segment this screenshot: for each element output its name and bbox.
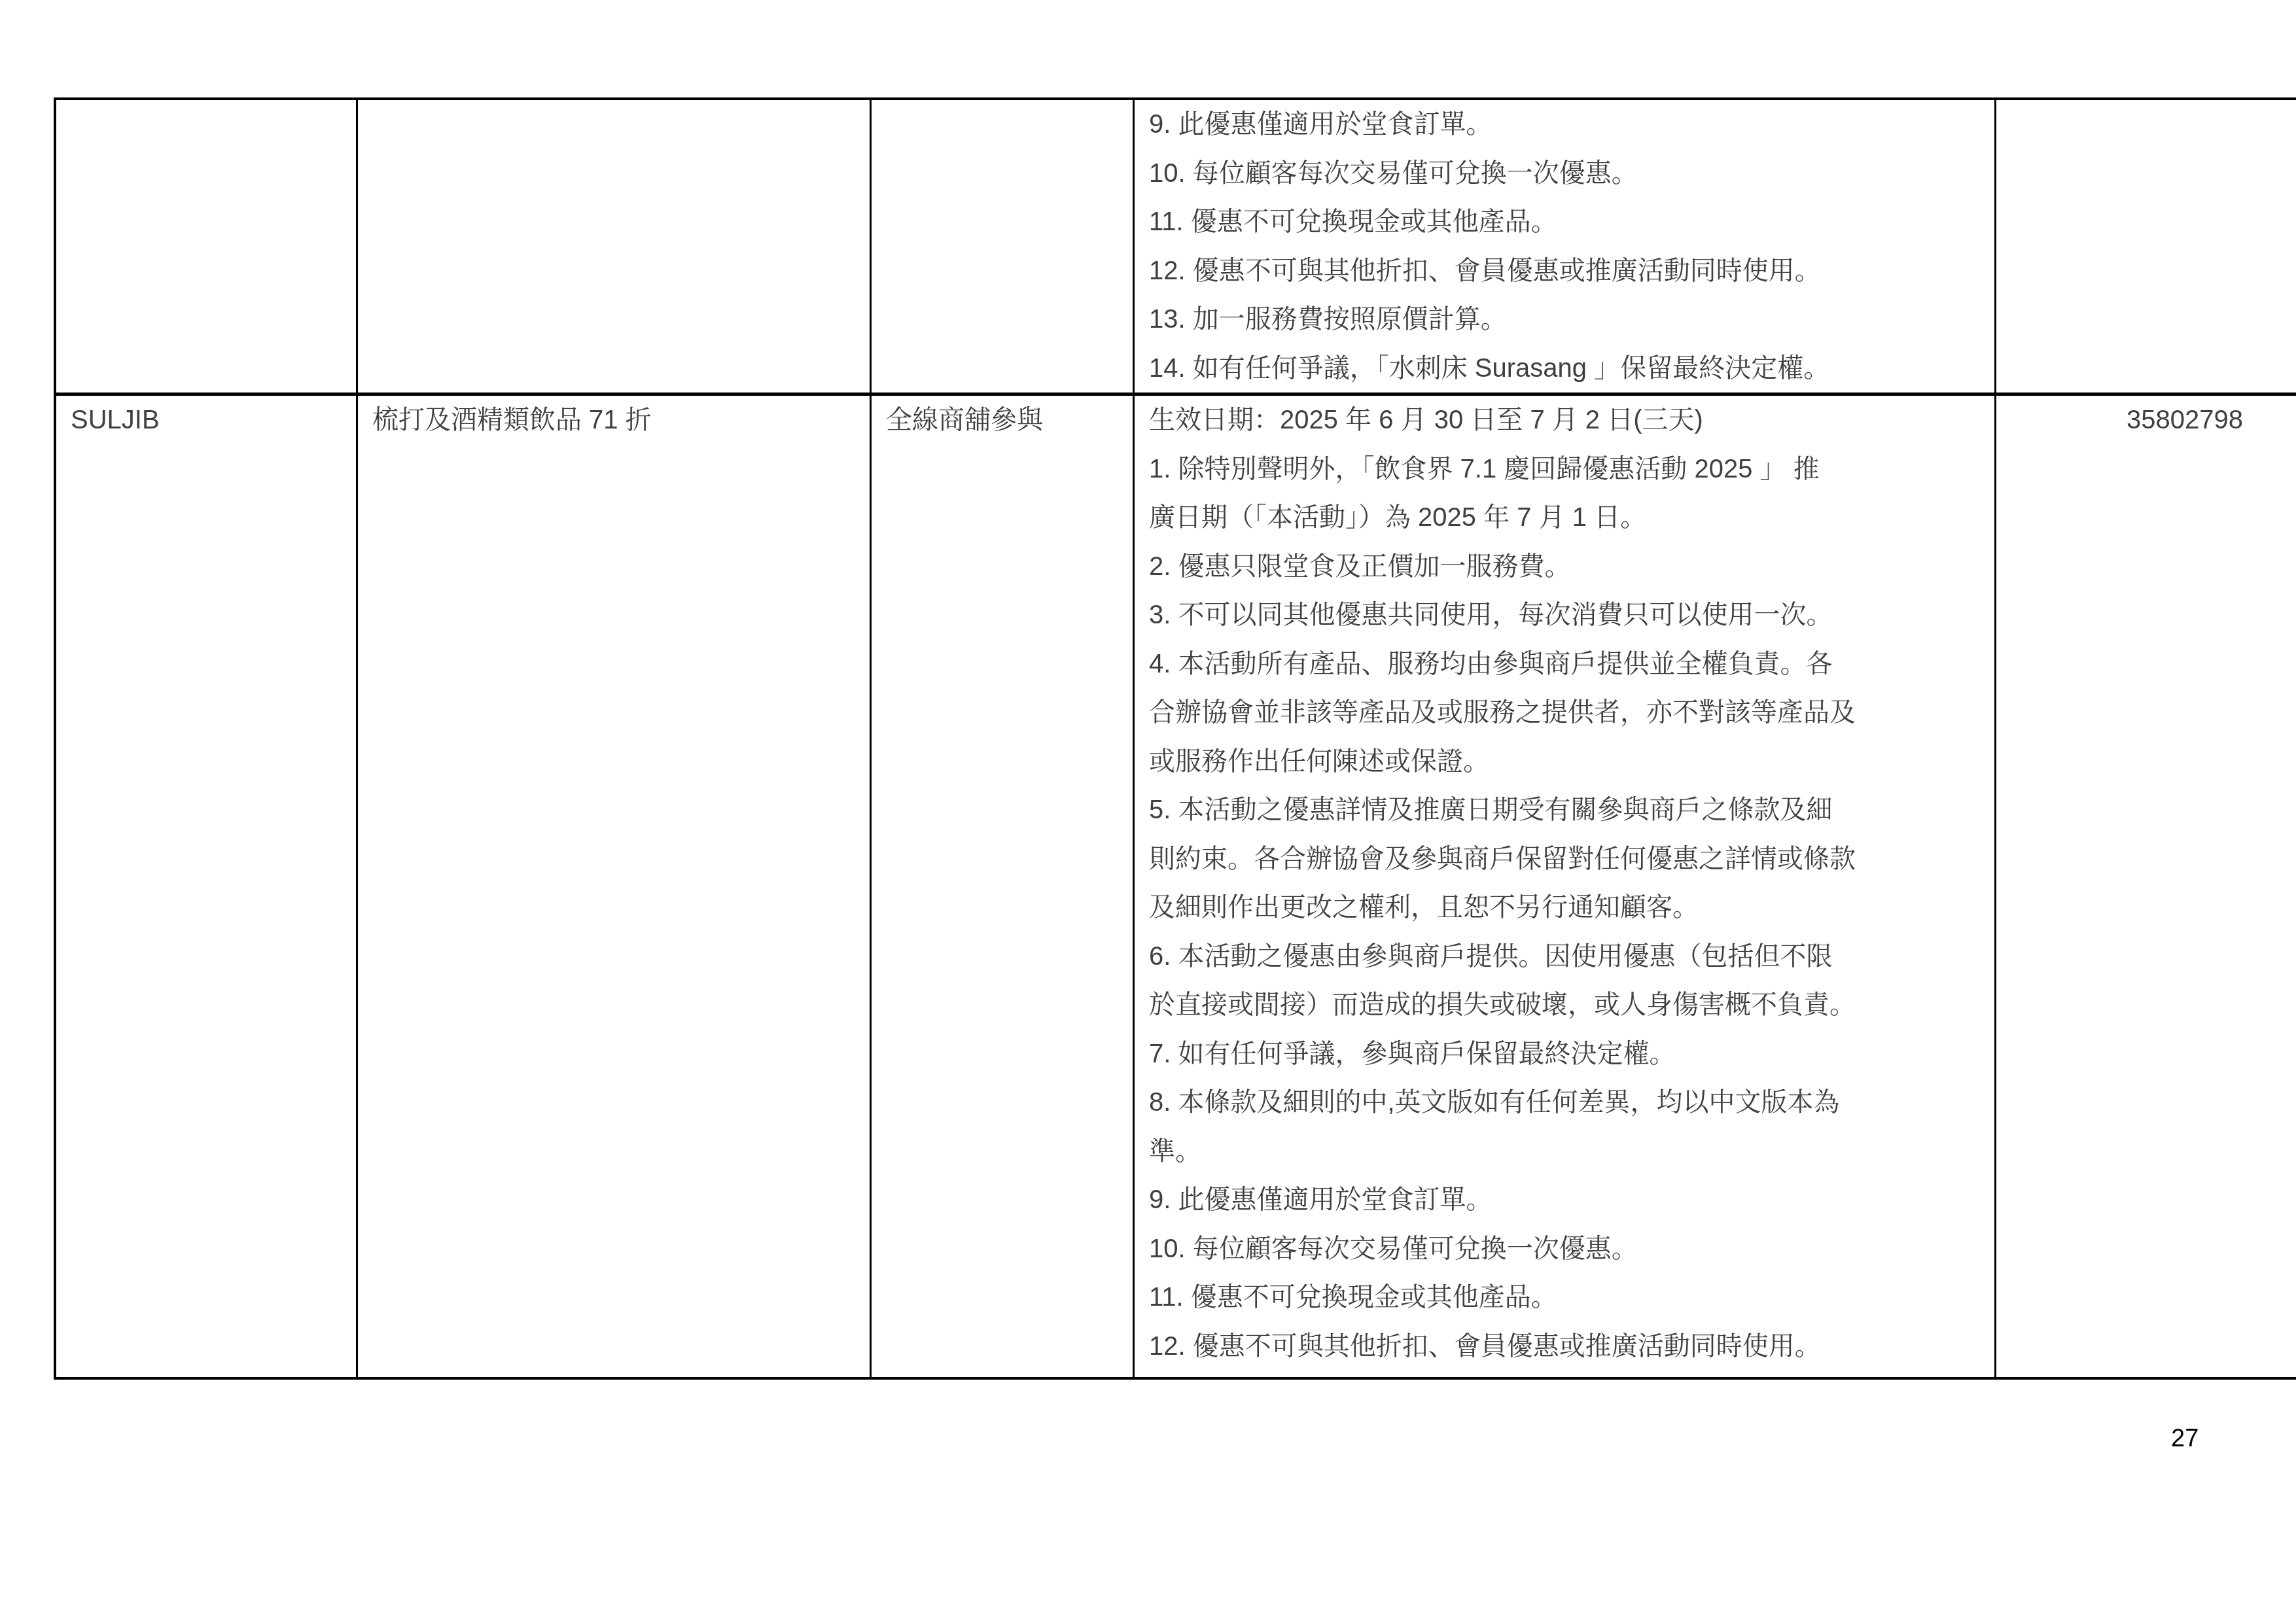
terms-line: 8. 本條款及細則的中,英文版如有任何差異，均以中文版本為: [1149, 1078, 1980, 1127]
terms-line: 於直接或間接）而造成的損失或破壞，或人身傷害概不負責。: [1149, 981, 1980, 1030]
cell-participating-shops: [871, 99, 1134, 394]
offers-table: 9. 此優惠僅適用於堂食訂單。 10. 每位顧客每次交易僅可兌換一次優惠。 11…: [54, 97, 2296, 1380]
terms-line: 11. 優惠不可兌換現金或其他產品。: [1149, 1273, 1980, 1322]
cell-offer-code: SULJIB: [55, 394, 357, 1379]
terms-line: 3. 不可以同其他優惠共同使用，每次消費只可以使用一次。: [1149, 591, 1980, 640]
terms-line: 廣日期（「本活動」）為 2025 年 7 月 1 日。: [1149, 493, 1980, 542]
document-page: 9. 此優惠僅適用於堂食訂單。 10. 每位顧客每次交易僅可兌換一次優惠。 11…: [0, 0, 2296, 1623]
cell-terms: 9. 此優惠僅適用於堂食訂單。 10. 每位顧客每次交易僅可兌換一次優惠。 11…: [1134, 99, 1996, 394]
cell-offer-code: [55, 99, 357, 394]
terms-line: 11. 優惠不可兌換現金或其他產品。: [1149, 198, 1980, 247]
terms-line: 5. 本活動之優惠詳情及推廣日期受有關參與商戶之條款及細: [1149, 786, 1980, 835]
terms-line: 14. 如有任何爭議，「水刺床 Surasang 」保留最終決定權。: [1149, 344, 1980, 393]
cell-offer-description: 梳打及酒精類飲品 71 折: [357, 394, 871, 1379]
terms-line: 13. 加一服務費按照原價計算。: [1149, 295, 1980, 344]
cell-participating-shops: 全線商舖參與: [871, 394, 1134, 1379]
terms-line: 10. 每位顧客每次交易僅可兌換一次優惠。: [1149, 149, 1980, 198]
terms-line: 4. 本活動所有產品、服務均由參與商戶提供並全權負責。各: [1149, 640, 1980, 689]
terms-line: 或服務作出任何陳述或保證。: [1149, 737, 1980, 786]
terms-line: 及細則作出更改之權利，且恕不另行通知顧客。: [1149, 883, 1980, 932]
terms-line: 則約束。各合辦協會及參與商戶保留對任何優惠之詳情或條款: [1149, 835, 1980, 884]
terms-line: 7. 如有任何爭議，參與商戶保留最終決定權。: [1149, 1030, 1980, 1079]
offer-code: SULJIB: [71, 396, 342, 445]
terms-line: 合辦協會並非該等產品及或服務之提供者，亦不對該等產品及: [1149, 688, 1980, 737]
terms-line: 9. 此優惠僅適用於堂食訂單。: [1149, 100, 1980, 149]
terms-line: 6. 本活動之優惠由參與商戶提供。因使用優惠（包括但不限: [1149, 932, 1980, 981]
cell-phone: 35802798: [1996, 394, 2296, 1379]
terms-line: 準。: [1149, 1127, 1980, 1176]
cell-phone: [1996, 99, 2296, 394]
offer-description: 梳打及酒精類飲品 71 折: [372, 396, 855, 445]
cell-terms: 生效日期：2025 年 6 月 30 日至 7 月 2 日(三天) 1. 除特別…: [1134, 394, 1996, 1379]
table-row: SULJIB 梳打及酒精類飲品 71 折 全線商舖參與 生效日期：2025 年 …: [55, 394, 2296, 1379]
terms-line: 12. 優惠不可與其他折扣、會員優惠或推廣活動同時使用。: [1149, 247, 1980, 296]
page-number: 27: [2171, 1425, 2199, 1453]
participating-shops: 全線商舖參與: [886, 396, 1118, 445]
terms-line: 生效日期：2025 年 6 月 30 日至 7 月 2 日(三天): [1149, 396, 1980, 445]
cell-offer-description: [357, 99, 871, 394]
terms-line: 1. 除特別聲明外，「飲食界 7.1 慶回歸優惠活動 2025 」 推: [1149, 445, 1980, 494]
terms-line: 12. 優惠不可與其他折扣、會員優惠或推廣活動同時使用。: [1149, 1322, 1980, 1371]
terms-line: 9. 此優惠僅適用於堂食訂單。: [1149, 1176, 1980, 1225]
table-row-continued: 9. 此優惠僅適用於堂食訂單。 10. 每位顧客每次交易僅可兌換一次優惠。 11…: [55, 99, 2296, 394]
phone-number: 35802798: [2011, 396, 2296, 445]
terms-line: 2. 優惠只限堂食及正價加一服務費。: [1149, 542, 1980, 591]
terms-line: 10. 每位顧客每次交易僅可兌換一次優惠。: [1149, 1225, 1980, 1274]
